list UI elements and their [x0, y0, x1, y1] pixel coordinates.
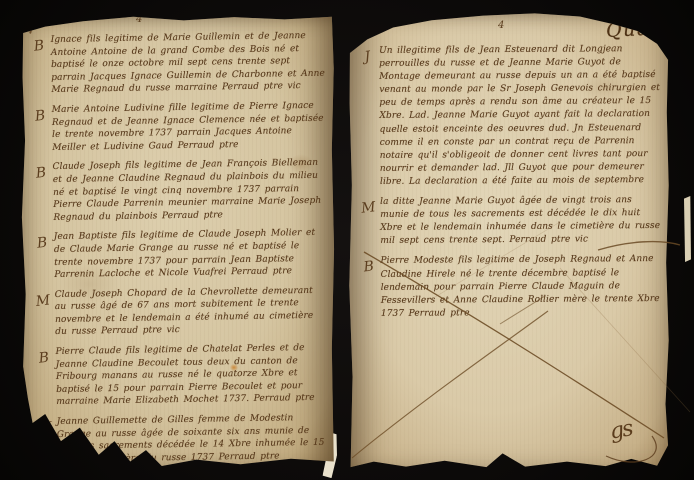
margin-letter: B: [356, 254, 382, 276]
margin-letter: M: [355, 195, 381, 217]
register-entry: M Claude Joseph Chopard de la Chevrollet…: [31, 284, 330, 339]
register-entry: B Marie Antoine Ludivine fille legitime …: [28, 100, 327, 155]
margin-letter: B: [26, 33, 52, 55]
register-entry: B Pierre Modeste fils legitime de Joseph…: [356, 253, 664, 321]
left-page: 4 B Ignace fils legitime de Marie Guille…: [20, 14, 335, 466]
entry-text: Pierre Claude fils legitime de Chatelat …: [55, 342, 330, 409]
entry-text: Un illegitime fils de Jean Esteuenard di…: [379, 43, 664, 189]
margin-letter: B: [28, 160, 54, 182]
register-entry: B Ignace fils legitime de Marie Guillemi…: [27, 30, 326, 98]
register-entry: B Jean Baptiste fils legitime de Claude …: [30, 227, 329, 282]
margin-letter: B: [27, 103, 53, 125]
right-page-edge: [684, 196, 691, 262]
right-page-entries: J Un illegitime fils de Jean Esteuenard …: [355, 43, 665, 328]
left-folio-mark: 4: [136, 14, 142, 25]
entry-text: Pierre Modeste fils legitime de Joseph R…: [380, 253, 664, 320]
register-entry: M Jeanne Guillemette de Gilles femme de …: [33, 412, 332, 467]
margin-letter: M: [30, 287, 56, 309]
margin-letter: B: [29, 230, 55, 252]
register-entry: B Pierre Claude fils legitime de Chatela…: [31, 342, 330, 410]
entry-text: Jean Baptiste fils legitime de Claude Jo…: [54, 227, 329, 282]
entry-text: Claude Joseph Chopard de la Chevrollette…: [55, 284, 330, 339]
entry-text: Claude Joseph fils legitime de Jean Fran…: [53, 157, 328, 224]
entry-text: Marie Antoine Ludivine fille legitime de…: [52, 100, 327, 155]
left-page-entries: B Ignace fils legitime de Marie Guillemi…: [27, 30, 332, 474]
margin-letter: M: [32, 415, 58, 437]
register-entry: M la ditte Jeanne Marie Guyot âgée de vi…: [356, 194, 664, 249]
signature-paraph: gs: [608, 416, 633, 444]
right-page-number: 4: [498, 20, 504, 31]
margin-letter: B: [31, 345, 57, 367]
margin-letter: J: [354, 44, 380, 66]
register-entry: J Un illegitime fils de Jean Esteuenard …: [355, 43, 664, 189]
manuscript-scan: 4 B Ignace fils legitime de Marie Guille…: [0, 0, 694, 480]
entry-text: Ignace fils legitime de Marie Guillemin …: [51, 30, 326, 97]
right-folio-word: Quatre: [605, 16, 682, 42]
corner-pen-stroke: [29, 10, 37, 34]
register-entry: B Claude Joseph fils legitime de Jean Fr…: [29, 157, 328, 225]
entry-text: Jeanne Guillemette de Gilles femme de Mo…: [57, 412, 332, 467]
entry-text: la ditte Jeanne Marie Guyot âgée de ving…: [380, 194, 664, 248]
right-page: 4 Quatre J Un illegitime fils de Jean Es…: [348, 12, 670, 468]
